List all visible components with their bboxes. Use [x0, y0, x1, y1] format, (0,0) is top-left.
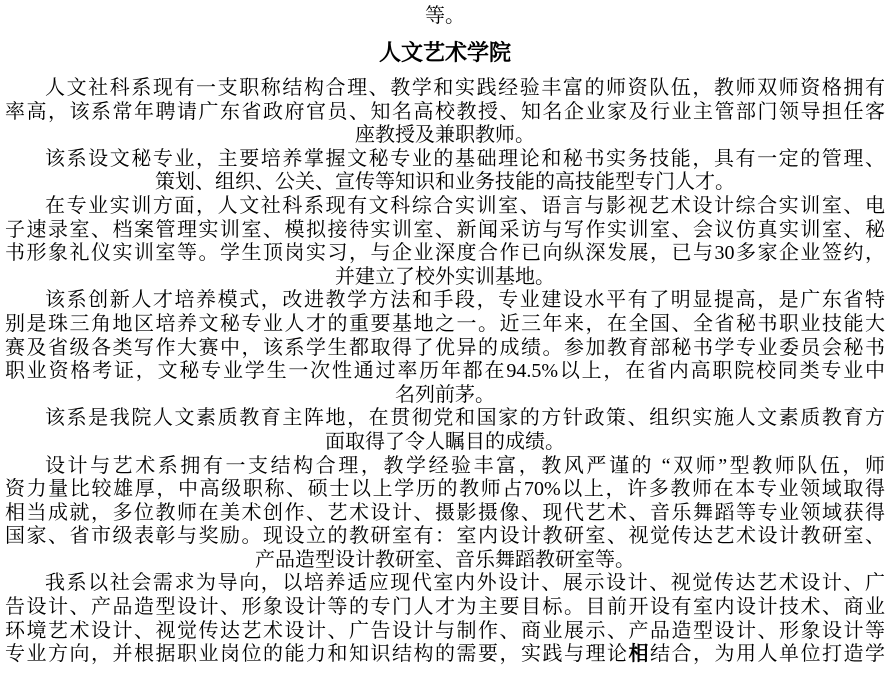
text-line: 座教授及兼职教师。 — [5, 124, 885, 148]
text-line: 该系设文秘专业，主要培养掌握文秘专业的基础理论和秘书实务技能，具有一定的管理、 — [5, 148, 885, 172]
text-line: 面取得了令人瞩目的成绩。 — [5, 431, 885, 455]
page-title: 人文艺术学院 — [5, 40, 885, 66]
text-line: 相当成就，多位教师在美术创作、艺术设计、摄影摄像、现代艺术、音乐舞蹈等专业领域获… — [5, 502, 885, 526]
text-line: 在专业实训方面，人文社科系现有文科综合实训室、语言与影视艺术设计综合实训室、电 — [5, 195, 885, 219]
text-line: 策划、组织、公关、宣传等知识和业务技能的高技能型专门人才。 — [5, 171, 885, 195]
text-line: 告设计、产品造型设计、形象设计等的专门人才为主要目标。目前开设有室内设计技术、商… — [5, 596, 885, 620]
continuation-line: 等。 — [5, 4, 885, 28]
paragraph: 该系是我院人文素质教育主阵地，在贯彻党和国家的方针政策、组织实施人文素质教育方面… — [5, 407, 885, 454]
text-line: 别是珠三角地区培养文秘专业人才的重要基地之一。近三年来，在全国、全省秘书职业技能… — [5, 313, 885, 337]
text-line: 该系创新人才培养模式，改进教学方法和手段，专业建设水平有了明显提高，是广东省特 — [5, 289, 885, 313]
text-line: 国家、省市级表彰与奖励。现设立的教研室有：室内设计教研室、视觉传达艺术设计教研室… — [5, 525, 885, 549]
text-line: 环境艺术设计、视觉传达艺术设计、广告设计与制作、商业展示、产品造型设计、形象设计… — [5, 620, 885, 644]
text-line: 资力量比较雄厚，中高级职称、硕士以上学历的教师占70%以上，许多教师在本专业领域… — [5, 478, 885, 502]
text-line: 专业方向，并根据职业岗位的能力和知识结构的需要，实践与理论相结合，为用人单位打造… — [5, 643, 885, 667]
paragraph: 该系设文秘专业，主要培养掌握文秘专业的基础理论和秘书实务技能，具有一定的管理、策… — [5, 148, 885, 195]
paragraph: 设计与艺术系拥有一支结构合理，教学经验丰富，教风严谨的 “双师”型教师队伍，师资… — [5, 455, 885, 573]
paragraphs: 人文社科系现有一支职称结构合理、教学和实践经验丰富的师资队伍，教师双师资格拥有率… — [5, 77, 885, 667]
text-line: 子速录室、档案管理实训室、模拟接待实训室、新闻采访与写作实训室、会议仿真实训室、… — [5, 219, 885, 243]
text-line: 产品造型设计教研室、音乐舞蹈教研室等。 — [5, 549, 885, 573]
paragraph: 人文社科系现有一支职称结构合理、教学和实践经验丰富的师资队伍，教师双师资格拥有率… — [5, 77, 885, 148]
text-line: 设计与艺术系拥有一支结构合理，教学经验丰富，教风严谨的 “双师”型教师队伍，师 — [5, 455, 885, 479]
text-line: 书形象礼仪实训室等。学生顶岗实习，与企业深度合作已向纵深发展，已与30多家企业签… — [5, 242, 885, 266]
text-line: 率高，该系常年聘请广东省政府官员、知名高校教授、知名企业家及行业主管部门领导担任… — [5, 101, 885, 125]
text-line: 职业资格考证，文秘专业学生一次性通过率历年都在94.5%以上，在省内高职院校同类… — [5, 360, 885, 384]
paragraph: 我系以社会需求为导向，以培养适应现代室内外设计、展示设计、视觉传达艺术设计、广告… — [5, 572, 885, 666]
text-line: 该系是我院人文素质教育主阵地，在贯彻党和国家的方针政策、组织实施人文素质教育方 — [5, 407, 885, 431]
text-line: 并建立了校外实训基地。 — [5, 266, 885, 290]
text-line: 我系以社会需求为导向，以培养适应现代室内外设计、展示设计、视觉传达艺术设计、广 — [5, 572, 885, 596]
text-line: 赛及省级各类写作大赛中，该系学生都取得了优异的成绩。参加教育部秘书学专业委员会秘… — [5, 337, 885, 361]
paragraph: 在专业实训方面，人文社科系现有文科综合实训室、语言与影视艺术设计综合实训室、电子… — [5, 195, 885, 289]
document-page: 等。 人文艺术学院 人文社科系现有一支职称结构合理、教学和实践经验丰富的师资队伍… — [0, 0, 890, 678]
text-line: 人文社科系现有一支职称结构合理、教学和实践经验丰富的师资队伍，教师双师资格拥有 — [5, 77, 885, 101]
paragraph: 该系创新人才培养模式，改进教学方法和手段，专业建设水平有了明显提高，是广东省特别… — [5, 289, 885, 407]
text-line: 名列前茅。 — [5, 384, 885, 408]
